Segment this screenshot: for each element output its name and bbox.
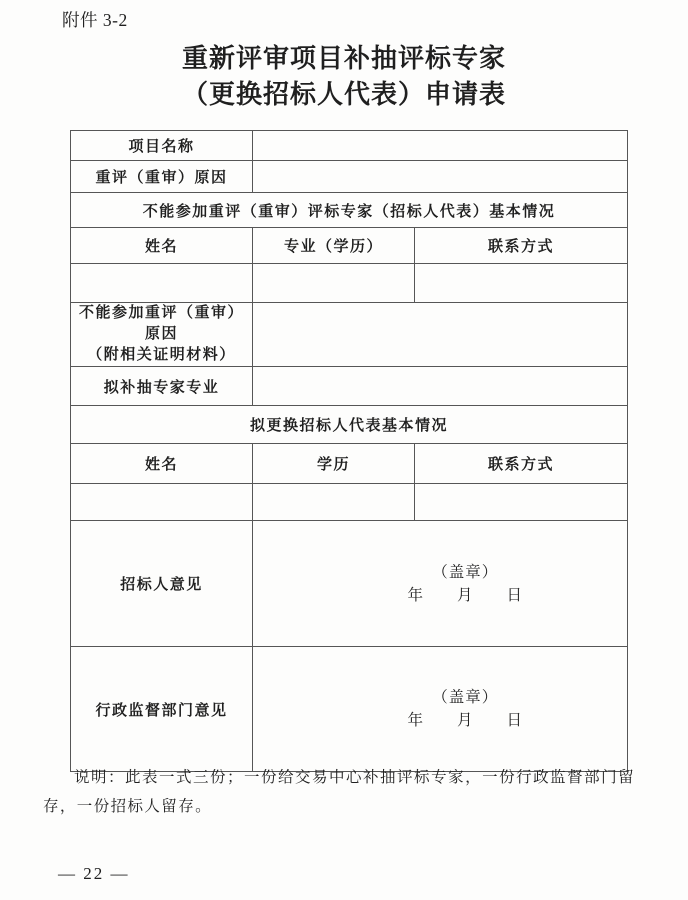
proposed-expert-major-label: 拟补抽专家专业 xyxy=(71,367,253,406)
bidder-opinion-date-text: 年 月 日 xyxy=(407,584,523,607)
row-cannot-attend-reason: 不能参加重评（重审）原因 （附相关证明材料） xyxy=(71,303,628,367)
proposed-expert-major-value-cell xyxy=(253,367,628,406)
admin-opinion-stamp-block: （盖章） 年 月 日 xyxy=(407,686,523,732)
s2-col-name: 姓名 xyxy=(71,444,253,484)
s1-col-contact: 联系方式 xyxy=(415,228,628,264)
row-project-name: 项目名称 xyxy=(71,131,628,161)
bidder-opinion-label: 招标人意见 xyxy=(71,521,253,647)
bidder-opinion-value-cell: （盖章） 年 月 日 xyxy=(253,521,628,647)
attachment-label: 附件 3-2 xyxy=(62,7,128,32)
review-reason-value-cell xyxy=(253,161,628,193)
review-reason-label: 重评（重审）原因 xyxy=(71,161,253,193)
s1-contact-value-cell xyxy=(415,264,628,303)
s2-contact-value-cell xyxy=(415,484,628,521)
title-line-1: 重新评审项目补抽评标专家 xyxy=(0,41,688,77)
cannot-attend-reason-value-cell xyxy=(253,303,628,367)
section1-header: 不能参加重评（重审）评标专家（招标人代表）基本情况 xyxy=(71,193,628,228)
s2-name-value-cell xyxy=(71,484,253,521)
title-line-2: （更换招标人代表）申请表 xyxy=(0,77,688,113)
s1-col-name: 姓名 xyxy=(71,228,253,264)
row-section1-header: 不能参加重评（重审）评标专家（招标人代表）基本情况 xyxy=(71,193,628,228)
project-name-value-cell xyxy=(253,131,628,161)
s1-major-value-cell xyxy=(253,264,415,303)
s1-col-major: 专业（学历） xyxy=(253,228,415,264)
admin-opinion-value-cell: （盖章） 年 月 日 xyxy=(253,647,628,772)
s1-name-value-cell xyxy=(71,264,253,303)
s2-education-value-cell xyxy=(253,484,415,521)
cannot-attend-reason-label-line1: 不能参加重评（重审）原因 xyxy=(75,303,248,345)
bidder-opinion-stamp-text: （盖章） xyxy=(407,561,523,584)
row-admin-opinion: 行政监督部门意见 （盖章） 年 月 日 xyxy=(71,647,628,772)
project-name-label: 项目名称 xyxy=(71,131,253,161)
admin-opinion-date-text: 年 月 日 xyxy=(407,709,523,732)
document-page: 附件 3-2 重新评审项目补抽评标专家 （更换招标人代表）申请表 项目名称 重评… xyxy=(0,0,688,900)
bidder-opinion-stamp-block: （盖章） 年 月 日 xyxy=(407,561,523,607)
row-review-reason: 重评（重审）原因 xyxy=(71,161,628,193)
document-title: 重新评审项目补抽评标专家 （更换招标人代表）申请表 xyxy=(0,41,688,113)
s2-col-contact: 联系方式 xyxy=(415,444,628,484)
footnote-text: 说明：此表一式三份；一份给交易中心补抽评标专家，一份行政监督部门留存，一份招标人… xyxy=(43,763,635,821)
row-section2-columns: 姓名 学历 联系方式 xyxy=(71,444,628,484)
admin-opinion-label: 行政监督部门意见 xyxy=(71,647,253,772)
cannot-attend-reason-label-line2: （附相关证明材料） xyxy=(75,345,248,366)
row-section2-values xyxy=(71,484,628,521)
section2-header: 拟更换招标人代表基本情况 xyxy=(71,406,628,444)
row-section1-columns: 姓名 专业（学历） 联系方式 xyxy=(71,228,628,264)
row-section2-header: 拟更换招标人代表基本情况 xyxy=(71,406,628,444)
application-form-table: 项目名称 重评（重审）原因 不能参加重评（重审）评标专家（招标人代表）基本情况 … xyxy=(70,130,628,772)
row-bidder-opinion: 招标人意见 （盖章） 年 月 日 xyxy=(71,521,628,647)
admin-opinion-stamp-text: （盖章） xyxy=(407,686,523,709)
cannot-attend-reason-label: 不能参加重评（重审）原因 （附相关证明材料） xyxy=(71,303,253,367)
s2-col-education: 学历 xyxy=(253,444,415,484)
page-number: — 22 — xyxy=(58,864,130,884)
row-section1-values xyxy=(71,264,628,303)
row-proposed-expert-major: 拟补抽专家专业 xyxy=(71,367,628,406)
